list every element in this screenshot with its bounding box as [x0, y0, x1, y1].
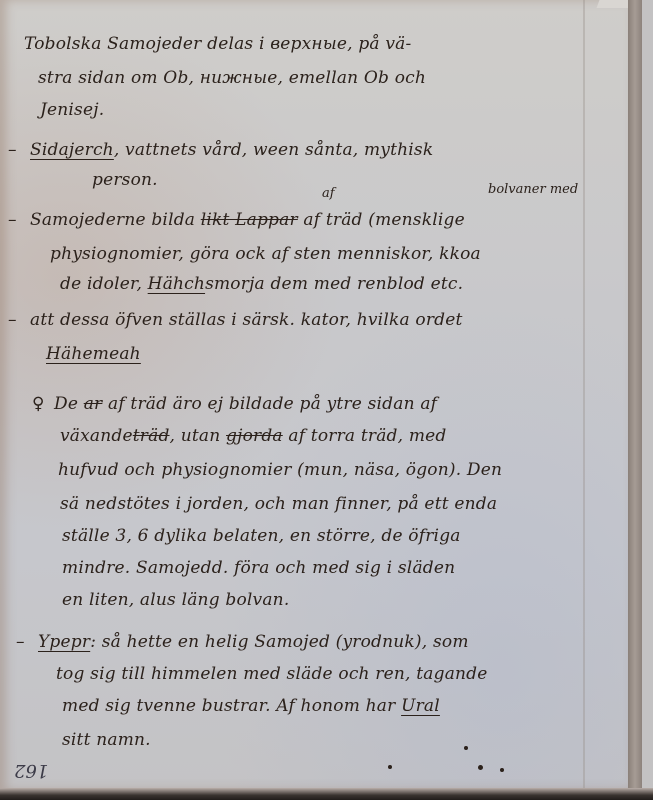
manuscript-line-19: tog sig till himmelen med släde och ren,…	[56, 664, 488, 684]
dash-bullet: –	[16, 632, 38, 652]
ink-blot	[388, 765, 392, 769]
text-segment: De	[54, 394, 78, 414]
text-segment: sä nedstötes i jorden, och man finner, p…	[60, 494, 497, 514]
interlinear-insert: bolvaner med	[488, 182, 578, 197]
struck-text: ar	[84, 394, 103, 414]
text-segment: af träd	[303, 210, 362, 230]
text-segment: en liten, alus läng bolvan.	[62, 590, 289, 610]
manuscript-line-6: –Samojederne bilda likt Lappar af träd (…	[8, 210, 465, 230]
text-segment: , vattnets vård, ween sånta, mythisk	[114, 140, 434, 160]
manuscript-line-14: sä nedstötes i jorden, och man finner, p…	[60, 494, 497, 514]
manuscript-line-18: –Ypepr: så hette en helig Samojed (yrodn…	[16, 632, 469, 652]
text-segment: , utan	[170, 426, 221, 446]
adjacent-page-edge	[642, 0, 653, 800]
manuscript-line-2: stra sidan om Ob, нижные, emellan Ob och	[38, 68, 426, 88]
text-segment: Jenisej.	[40, 100, 104, 120]
text-segment: person.	[92, 170, 158, 190]
text-segment: med sig tvenne bustrar. Af honom har	[62, 696, 395, 716]
text-segment: ställe 3, 6 dylika belaten, en större, d…	[62, 526, 461, 546]
dash-bullet: –	[8, 210, 30, 230]
manuscript-line-13: hufvud och physiognomier (mun, näsa, ögo…	[58, 460, 502, 480]
ink-blot	[478, 765, 483, 770]
manuscript-line-10: Hähemeah	[46, 344, 141, 364]
manuscript-line-17: en liten, alus läng bolvan.	[62, 590, 289, 610]
text-segment: (mensklige	[368, 210, 465, 230]
female-sign-bullet: ♀	[32, 394, 54, 414]
manuscript-line-4: –Sidajerch, vattnets vård, ween sånta, m…	[8, 140, 433, 160]
underlined-keyword: Hähemeah	[46, 344, 141, 364]
manuscript-line-20: med sig tvenne bustrar. Af honom har Ura…	[62, 696, 440, 716]
underlined-keyword: Ypepr	[38, 632, 90, 652]
text-segment: mindre. Samojedd. föra och med sig i slä…	[62, 558, 455, 578]
manuscript-line-5: person.	[92, 170, 158, 190]
text-segment: af träd äro ej bildade på ytre sidan af	[108, 394, 437, 414]
text-segment: hufvud och physiognomier (mun, näsa, ögo…	[58, 460, 502, 480]
dash-bullet: –	[8, 310, 30, 330]
manuscript-line-21: sitt namn.	[62, 730, 151, 750]
binding-edge	[628, 0, 642, 800]
manuscript-line-3: Jenisej.	[40, 100, 104, 120]
text-segment: physiognomier, göra ock af sten mennisko…	[50, 244, 481, 264]
manuscript-line-16: mindre. Samojedd. föra och med sig i slä…	[62, 558, 455, 578]
ink-blot	[500, 768, 504, 772]
underlined-keyword: Sidajerch	[30, 140, 114, 160]
text-segment: sitt namn.	[62, 730, 151, 750]
underlined-keyword: Ural	[401, 696, 440, 716]
struck-text: gjorda	[226, 426, 283, 446]
text-segment: Samojederne bilda	[30, 210, 195, 230]
text-segment: de idoler,	[60, 274, 142, 294]
dash-bullet: –	[8, 140, 30, 160]
text-segment: att dessa öfven ställas i särsk. kator, …	[30, 310, 463, 330]
underlined-keyword: Hähch	[148, 274, 205, 294]
page-fold-line	[583, 0, 585, 790]
ink-blot	[464, 746, 468, 750]
manuscript-page: Tobolska Samojeder delas i верхные, på v…	[0, 0, 628, 790]
manuscript-line-12: växandeträd, utan gjorda af torra träd, …	[60, 426, 447, 446]
manuscript-line-1: Tobolska Samojeder delas i верхные, på v…	[24, 34, 411, 54]
struck-text: likt Lappar	[201, 210, 298, 230]
manuscript-line-7: physiognomier, göra ock af sten mennisko…	[50, 244, 481, 264]
text-segment: Tobolska Samojeder delas i верхные, på v…	[24, 34, 411, 54]
bottom-page-edge	[0, 788, 653, 800]
struck-text: träd	[133, 426, 170, 446]
text-segment: af torra träd, med	[288, 426, 446, 446]
manuscript-line-9: –att dessa öfven ställas i särsk. kator,…	[8, 310, 463, 330]
interlinear-insert: af	[322, 186, 335, 201]
text-segment: smorja dem med renblod etc.	[205, 274, 463, 294]
text-segment: stra sidan om Ob, нижные, emellan Ob och	[38, 68, 426, 88]
text-segment: tog sig till himmelen med släde och ren,…	[56, 664, 488, 684]
text-segment: : så hette en helig Samojed (yrodnuk), s…	[90, 632, 468, 652]
page-number-marking: 162	[14, 760, 48, 781]
manuscript-line-11: ♀De ar af träd äro ej bildade på ytre si…	[32, 394, 437, 414]
manuscript-line-8: de idoler, Hähchsmorja dem med renblod e…	[60, 274, 463, 294]
text-segment: växande	[60, 426, 133, 446]
manuscript-line-15: ställe 3, 6 dylika belaten, en större, d…	[62, 526, 461, 546]
